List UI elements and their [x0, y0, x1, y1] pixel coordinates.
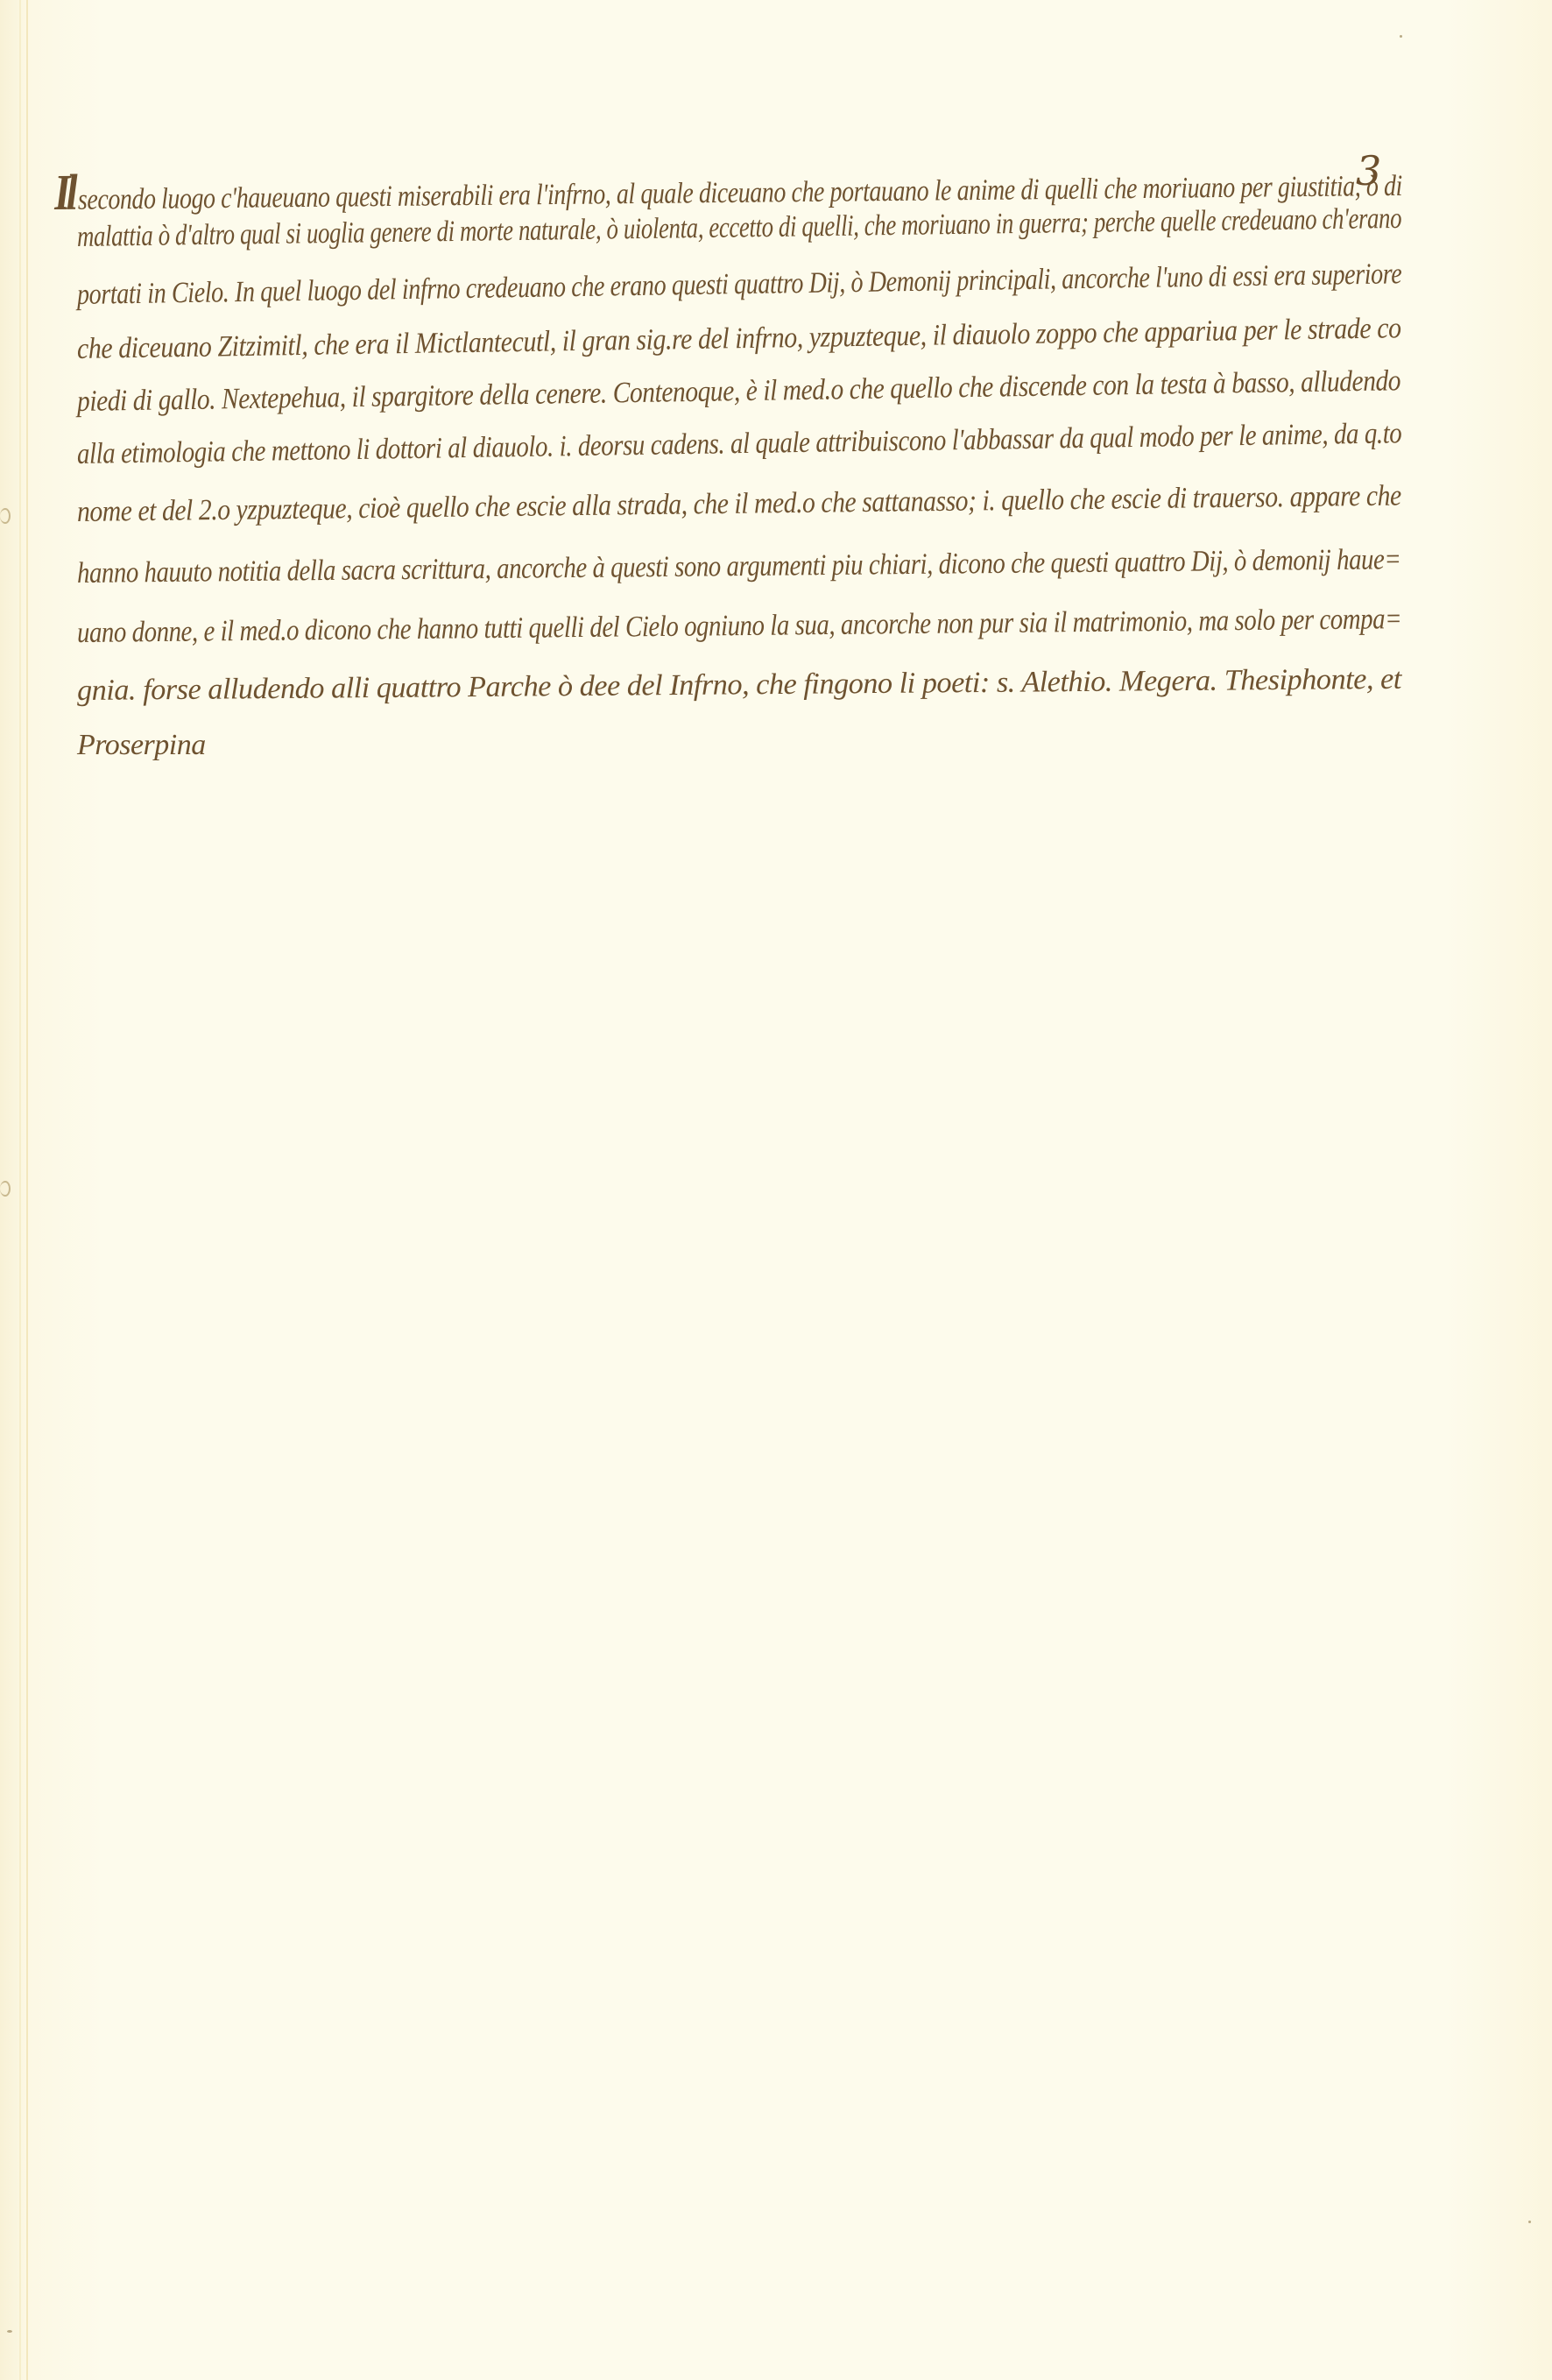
manuscript-line-11: Proserpina — [77, 729, 206, 762]
edge-mark — [0, 508, 11, 524]
edge-mark — [0, 1181, 11, 1197]
binding-line — [26, 0, 28, 2380]
illuminated-initial: Il — [54, 164, 74, 221]
paper-speck — [7, 2330, 12, 2333]
paper-speck — [1400, 35, 1402, 38]
paper-speck — [1528, 2221, 1531, 2223]
binding-line — [19, 0, 21, 2380]
